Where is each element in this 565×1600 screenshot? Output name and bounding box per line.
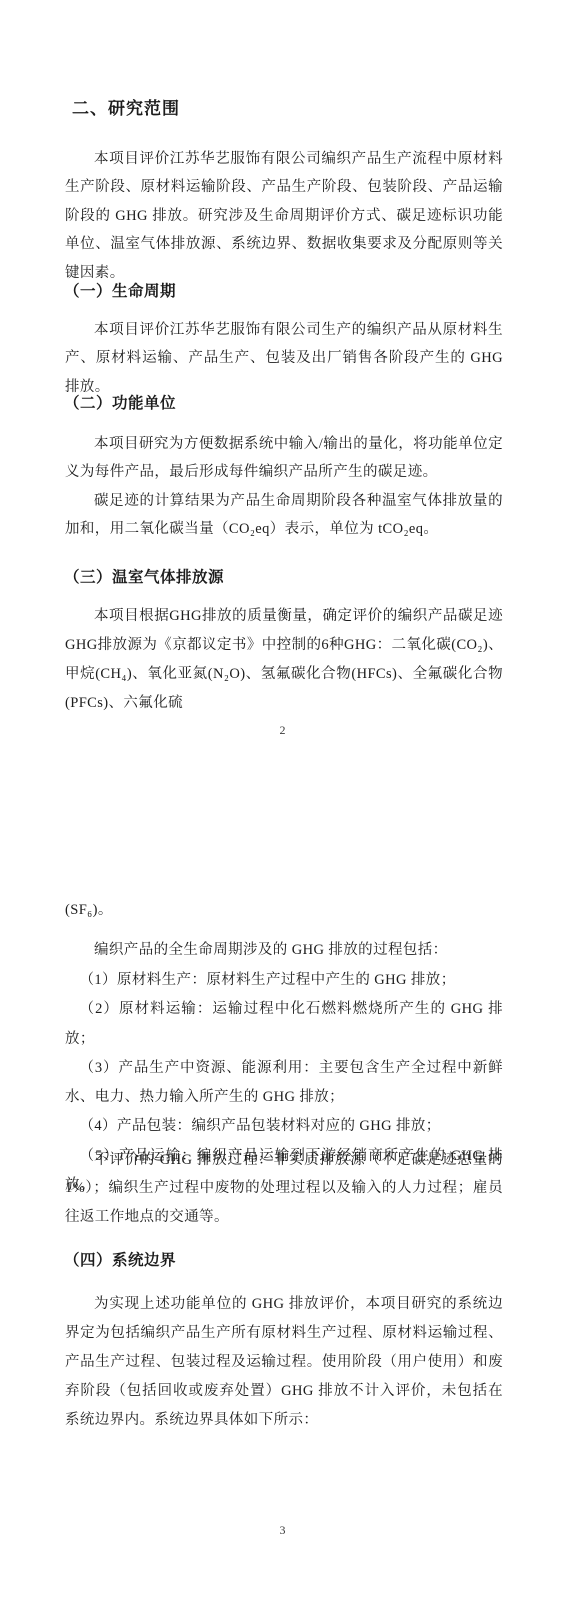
section-heading-ghg-sources: （三）温室气体排放源: [64, 565, 224, 587]
section-functional-unit-paragraphs: 本项目研究为方便数据系统中输入/输出的量化，将功能单位定义为每件产品，最后形成每…: [65, 430, 503, 544]
section-ghg-sources-paragraph: 本项目根据GHG排放的质量衡量，确定评价的编织产品碳足迹GHG排放源为《京都议定…: [65, 602, 503, 718]
section-system-boundary-paragraph: 为实现上述功能单位的 GHG 排放评价，本项目研究的系统边界定为包括编织产品生产…: [65, 1290, 503, 1435]
list-item: （1）原材料生产：原材料生产过程中产生的 GHG 排放；: [65, 966, 503, 995]
chapter-heading: 二、研究范围: [72, 94, 180, 119]
list-item: （3）产品生产中资源、能源利用：主要包含生产全过程中新鲜水、电力、热力输入所产生…: [65, 1054, 503, 1113]
continued-paragraph: (SF₆)。: [65, 896, 503, 924]
page-number: 2: [0, 723, 565, 738]
paragraph: 本项目研究为方便数据系统中输入/输出的量化，将功能单位定义为每件产品，最后形成每…: [65, 430, 503, 487]
section-heading-lifecycle: （一）生命周期: [64, 279, 176, 301]
section-lifecycle-paragraph: 本项目评价江苏华艺服饰有限公司生产的编织产品从原材料生产、原材料运输、产品生产、…: [65, 316, 503, 401]
list-item: （4）产品包装：编织产品包装材料对应的 GHG 排放；: [65, 1112, 503, 1141]
document: 二、研究范围 本项目评价江苏华艺服饰有限公司编织产品生产流程中原材料生产阶段、原…: [0, 0, 565, 1600]
section-heading-functional-unit: （二）功能单位: [64, 391, 176, 413]
chapter-intro-paragraph: 本项目评价江苏华艺服饰有限公司编织产品生产流程中原材料生产阶段、原材料运输阶段、…: [65, 145, 503, 287]
list-item: （2）原材料运输：运输过程中化石燃料燃烧所产生的 GHG 排放；: [65, 995, 503, 1054]
paragraph: 碳足迹的计算结果为产品生命周期阶段各种温室气体排放量的加和，用二氧化碳当量（CO…: [65, 487, 503, 544]
section-heading-system-boundary: （四）系统边界: [64, 1248, 176, 1270]
ghg-process-intro-paragraph: 编织产品的全生命周期涉及的 GHG 排放的过程包括：: [65, 936, 503, 964]
excluded-processes-paragraph: 不评价的 GHG 排放过程：非实质排放源（不足碳足迹总量的 1%）；编织生产过程…: [65, 1146, 503, 1231]
page-number: 3: [0, 1523, 565, 1538]
